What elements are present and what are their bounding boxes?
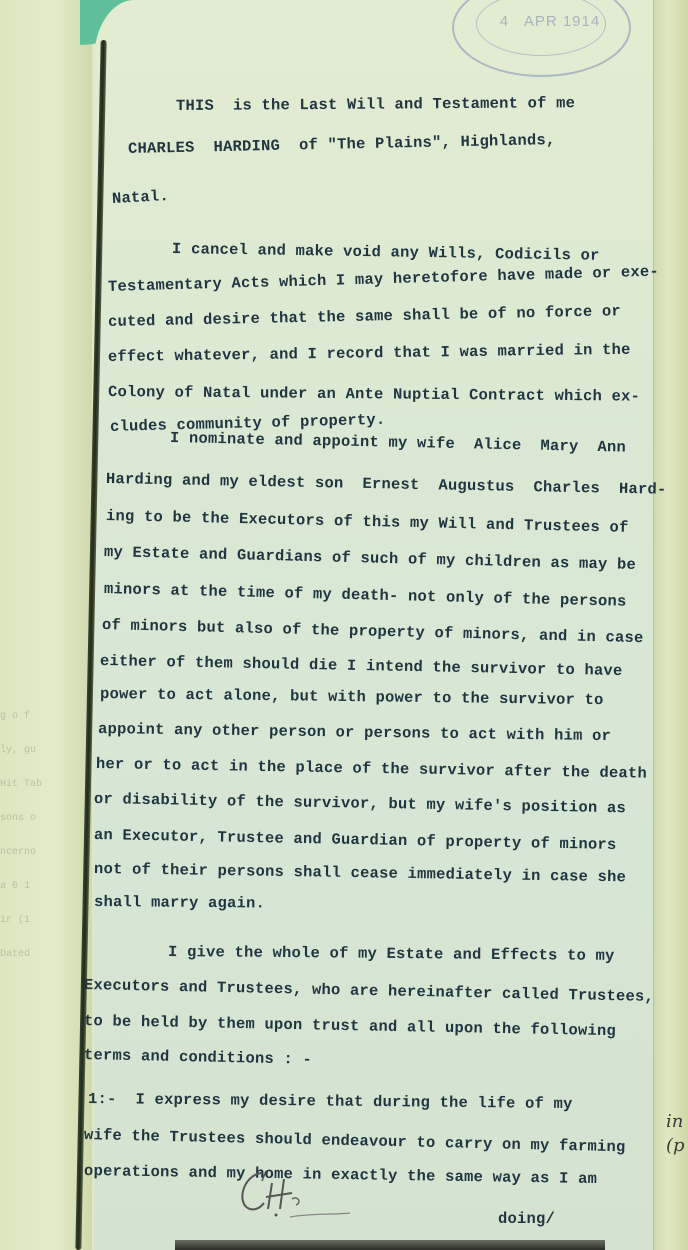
margin-note: (p xyxy=(666,1134,685,1158)
ghost-line: Hit Tab xyxy=(0,768,48,802)
signature-initials-icon xyxy=(232,1165,352,1225)
margin-handwriting: in (p xyxy=(666,1110,685,1158)
margin-note: in xyxy=(666,1110,685,1134)
ghost-line: sons o xyxy=(0,802,48,836)
ghost-line: ir (1 xyxy=(0,904,48,938)
stamp-month-year: APR 1914 xyxy=(524,13,600,30)
will-text-line: THIS is the Last Will and Testament of m… xyxy=(176,94,575,115)
left-facing-page: g o f ly, gu Hit Tab sons o ncerno a 0 1… xyxy=(0,0,92,1250)
ghost-line: Dated xyxy=(0,938,48,972)
ghost-line: ly, gu xyxy=(0,734,48,768)
will-text-line: Natal. xyxy=(112,187,170,208)
catchword: doing/ xyxy=(498,1210,555,1228)
bottom-shadow xyxy=(175,1240,605,1250)
ghost-line: g o f xyxy=(0,700,48,734)
stamp-date: 4 APR 1914 xyxy=(495,13,605,30)
stamp-day: 4 xyxy=(500,13,509,30)
stamp-inner-ring: 4 APR 1914 xyxy=(476,0,606,56)
page-edge-stack xyxy=(653,0,688,1250)
ghost-line: a 0 1 xyxy=(0,870,48,904)
ghost-line: ncerno xyxy=(0,836,48,870)
will-text-line: shall marry again. xyxy=(94,893,265,912)
left-page-bleed-text: g o f ly, gu Hit Tab sons o ncerno a 0 1… xyxy=(0,700,48,1060)
